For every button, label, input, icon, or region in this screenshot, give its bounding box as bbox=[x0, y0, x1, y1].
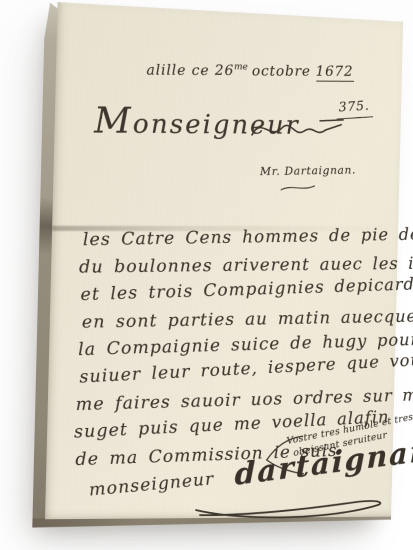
signature-flourish bbox=[186, 497, 390, 524]
body-line: du boulonnes ariverent auec les ifs bbox=[79, 254, 413, 278]
salutation-flourish bbox=[249, 113, 347, 147]
archival-note: Mr. Dartaignan. bbox=[260, 164, 356, 178]
date-line: alille ce 26meoctobre1672 bbox=[146, 62, 353, 80]
date-month: octobre bbox=[252, 63, 311, 79]
date-place-day: alille ce 26 bbox=[146, 62, 234, 79]
body-line: en sont parties au matin auecque bbox=[82, 307, 413, 333]
closing-salutation: monseigneur bbox=[88, 469, 214, 500]
date-year: 1672 bbox=[316, 63, 354, 81]
archival-note-flourish bbox=[279, 182, 316, 193]
product-photo-background: alille ce 26meoctobre1672 375. Monseigne… bbox=[0, 0, 413, 550]
letter-paper: alille ce 26meoctobre1672 375. Monseigne… bbox=[45, 2, 403, 519]
letter-canvas: alille ce 26meoctobre1672 375. Monseigne… bbox=[45, 2, 403, 519]
folio-number: 375. bbox=[335, 99, 373, 116]
date-ordinal-suffix: me bbox=[234, 62, 248, 72]
body-line: et les trois Compaignies depicardie bbox=[80, 274, 413, 305]
